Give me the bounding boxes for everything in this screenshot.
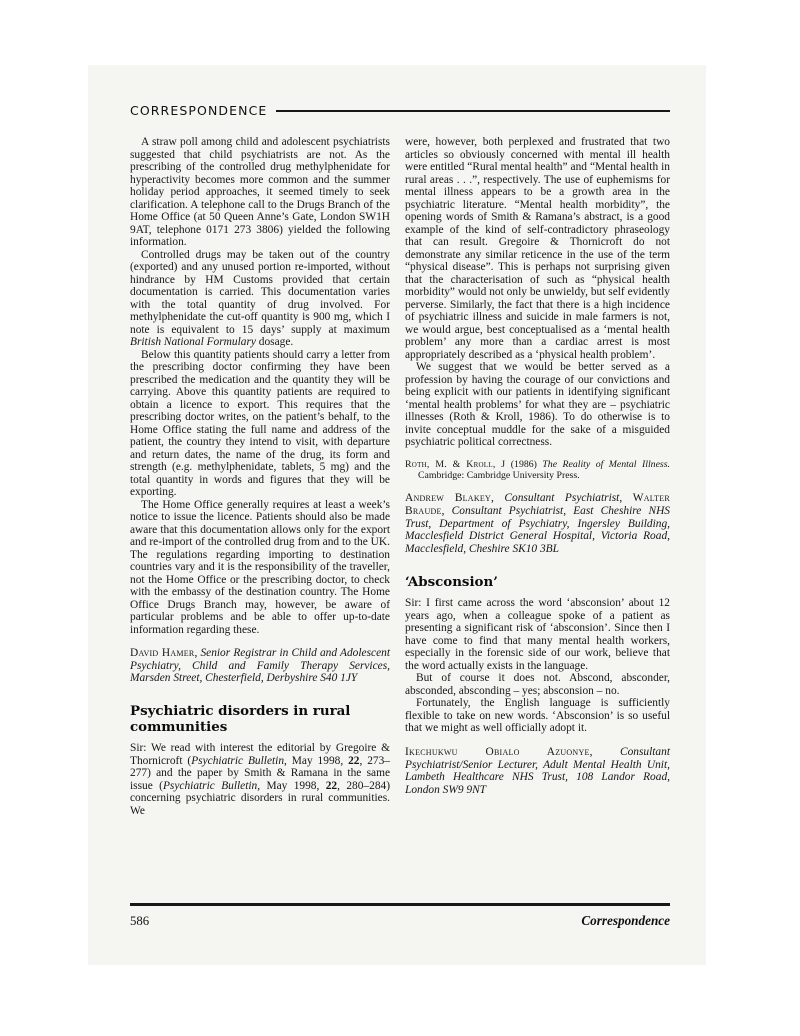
letter3-paragraph-2: But of course it does not. Abscond, absc…	[405, 672, 670, 697]
two-column-text: A straw poll among child and adolescent …	[130, 136, 670, 817]
letter2-paragraph-1-left: Sir: We read with interest the editorial…	[130, 742, 390, 817]
running-title: Correspondence	[581, 913, 670, 929]
letter1-paragraph-3: Below this quantity patients should carr…	[130, 349, 390, 499]
right-column: were, however, both perplexed and frustr…	[405, 136, 670, 817]
page-number: 586	[130, 914, 149, 929]
letter3-title: ‘Absconsion’	[405, 575, 670, 591]
letter2-paragraph-1-right: were, however, both perplexed and frustr…	[405, 136, 670, 361]
letter2-paragraph-2: We suggest that we would be better serve…	[405, 361, 670, 449]
header-rule	[276, 110, 670, 113]
section-title: CORRESPONDENCE	[130, 103, 267, 118]
letter3-paragraph-3: Fortunately, the English language is suf…	[405, 697, 670, 735]
letter1-signature: David Hamer, Senior Registrar in Child a…	[130, 647, 390, 685]
letter2-title: Psychiatric disorders in rural communiti…	[130, 704, 390, 735]
letter3-paragraph-1: Sir: I first came across the word ‘absco…	[405, 597, 670, 672]
section-header: CORRESPONDENCE	[130, 103, 670, 118]
footer-rule	[130, 903, 670, 906]
page-footer: 586 Correspondence	[130, 913, 670, 929]
letter3-signature: Ikechukwu Obialo Azuonye, Consultant Psy…	[405, 746, 670, 797]
letter1-paragraph-4: The Home Office generally requires at le…	[130, 499, 390, 637]
left-column: A straw poll among child and adolescent …	[130, 136, 390, 817]
letter2-signature: Andrew Blakey, Consultant Psychiatrist, …	[405, 492, 670, 556]
letter1-paragraph-1: A straw poll among child and adolescent …	[130, 136, 390, 249]
letter2-reference: Roth, M. & Kroll, J (1986) The Reality o…	[405, 459, 670, 482]
letter1-paragraph-2: Controlled drugs may be taken out of the…	[130, 249, 390, 349]
